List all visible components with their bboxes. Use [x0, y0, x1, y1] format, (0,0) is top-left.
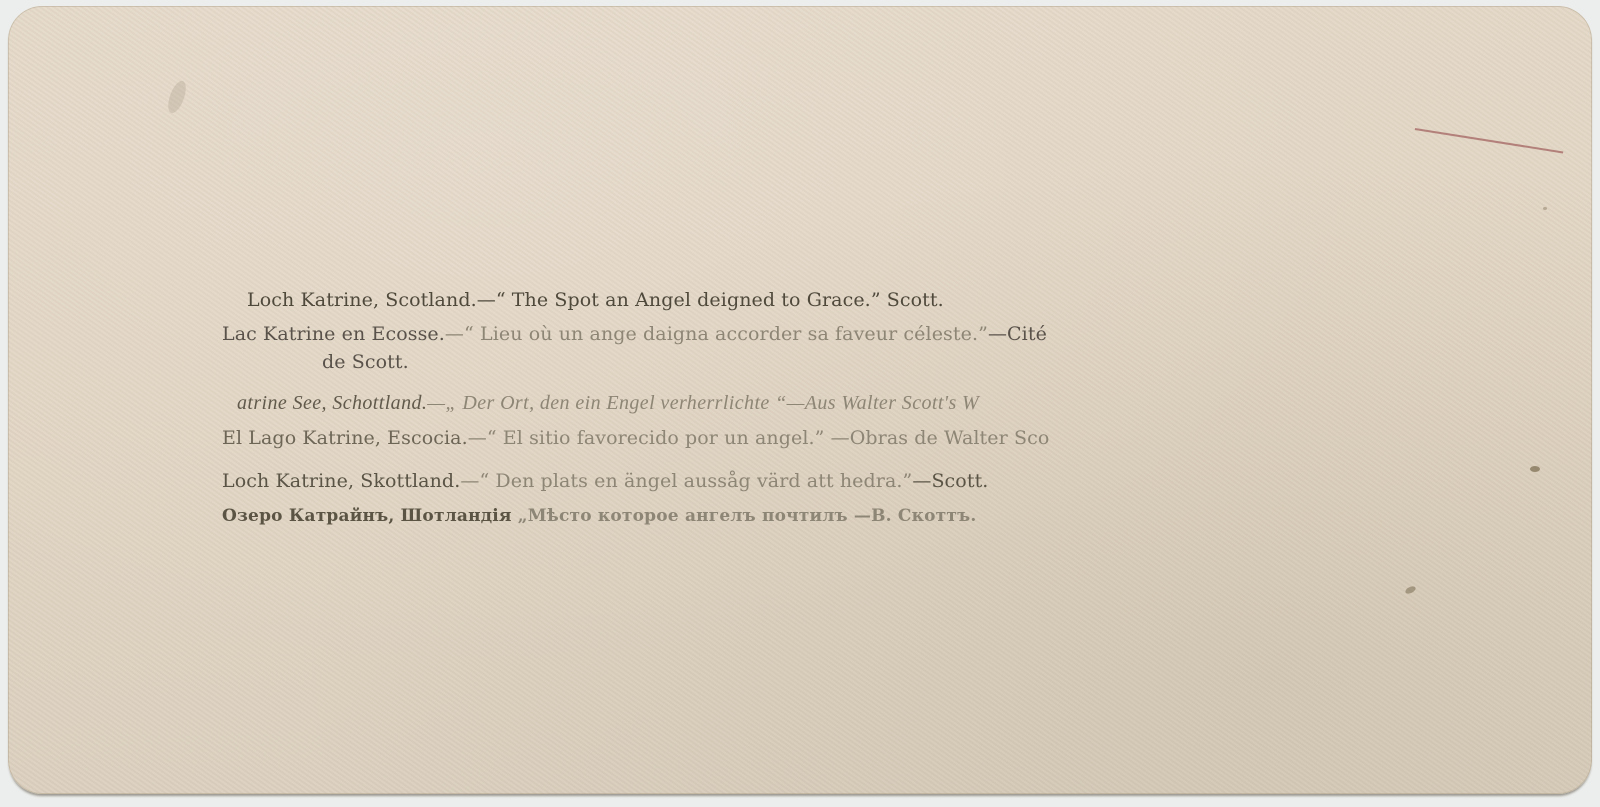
caption-german: atrine See, Schottland.—„ Der Ort, den e…	[237, 392, 979, 415]
caption-russian: Озеро Катрайнъ, Шотландія „Мѣсто которое…	[222, 506, 976, 526]
caption-quote: „Мѣсто которое ангелъ почтилъ	[512, 506, 848, 526]
caption-quote: —“ The Spot an Angel deigned to Grace.”	[477, 289, 881, 311]
caption-place: Озеро Катрайнъ, Шотландія	[222, 506, 512, 526]
caption-german-clip: atrine See, Schottland.—„ Der Ort, den e…	[232, 386, 1212, 418]
caption-spanish: El Lago Katrine, Escocia.—“ El sitio fav…	[222, 427, 1049, 449]
caption-quote: —“ El sitio favorecido por un angel.”	[468, 427, 825, 449]
caption-french-clip: Lac Katrine en Ecosse.—“ Lieu où un ange…	[222, 318, 1227, 350]
caption-french: Lac Katrine en Ecosse.—“ Lieu où un ange…	[222, 323, 1047, 345]
caption-attribution: —Aus Walter Scott's W	[787, 392, 980, 414]
caption-place: Loch Katrine, Skottland.	[222, 470, 460, 492]
caption-english: Loch Katrine, Scotland.—“ The Spot an An…	[247, 289, 944, 311]
caption-place: Loch Katrine, Scotland.	[247, 289, 477, 311]
caption-swedish: Loch Katrine, Skottland.—“ Den plats en …	[222, 470, 988, 492]
caption-place: Lac Katrine en Ecosse.	[222, 323, 445, 345]
caption-french-continuation: de Scott.	[322, 351, 409, 373]
caption-attribution: —В. Скоттъ.	[848, 506, 977, 526]
caption-quote: —„ Der Ort, den ein Engel verherrlichte …	[427, 392, 786, 414]
caption-attribution: —Cité	[988, 323, 1047, 345]
caption-place: atrine See, Schottland.	[237, 392, 427, 414]
caption-attribution: Scott.	[881, 289, 944, 311]
caption-attribution: —Obras de Walter Sco	[824, 427, 1049, 449]
scan-background: Loch Katrine, Scotland.—“ The Spot an An…	[0, 0, 1600, 807]
caption-block: Loch Katrine, Scotland.—“ The Spot an An…	[0, 0, 1600, 807]
caption-spanish-clip: El Lago Katrine, Escocia.—“ El sitio fav…	[218, 422, 1223, 454]
caption-attribution: —Scott.	[912, 470, 988, 492]
caption-quote: —“ Den plats en ängel aussåg värd att he…	[460, 470, 912, 492]
caption-quote: —“ Lieu où un ange daigna accorder sa fa…	[445, 323, 988, 345]
caption-place: El Lago Katrine, Escocia.	[222, 427, 468, 449]
